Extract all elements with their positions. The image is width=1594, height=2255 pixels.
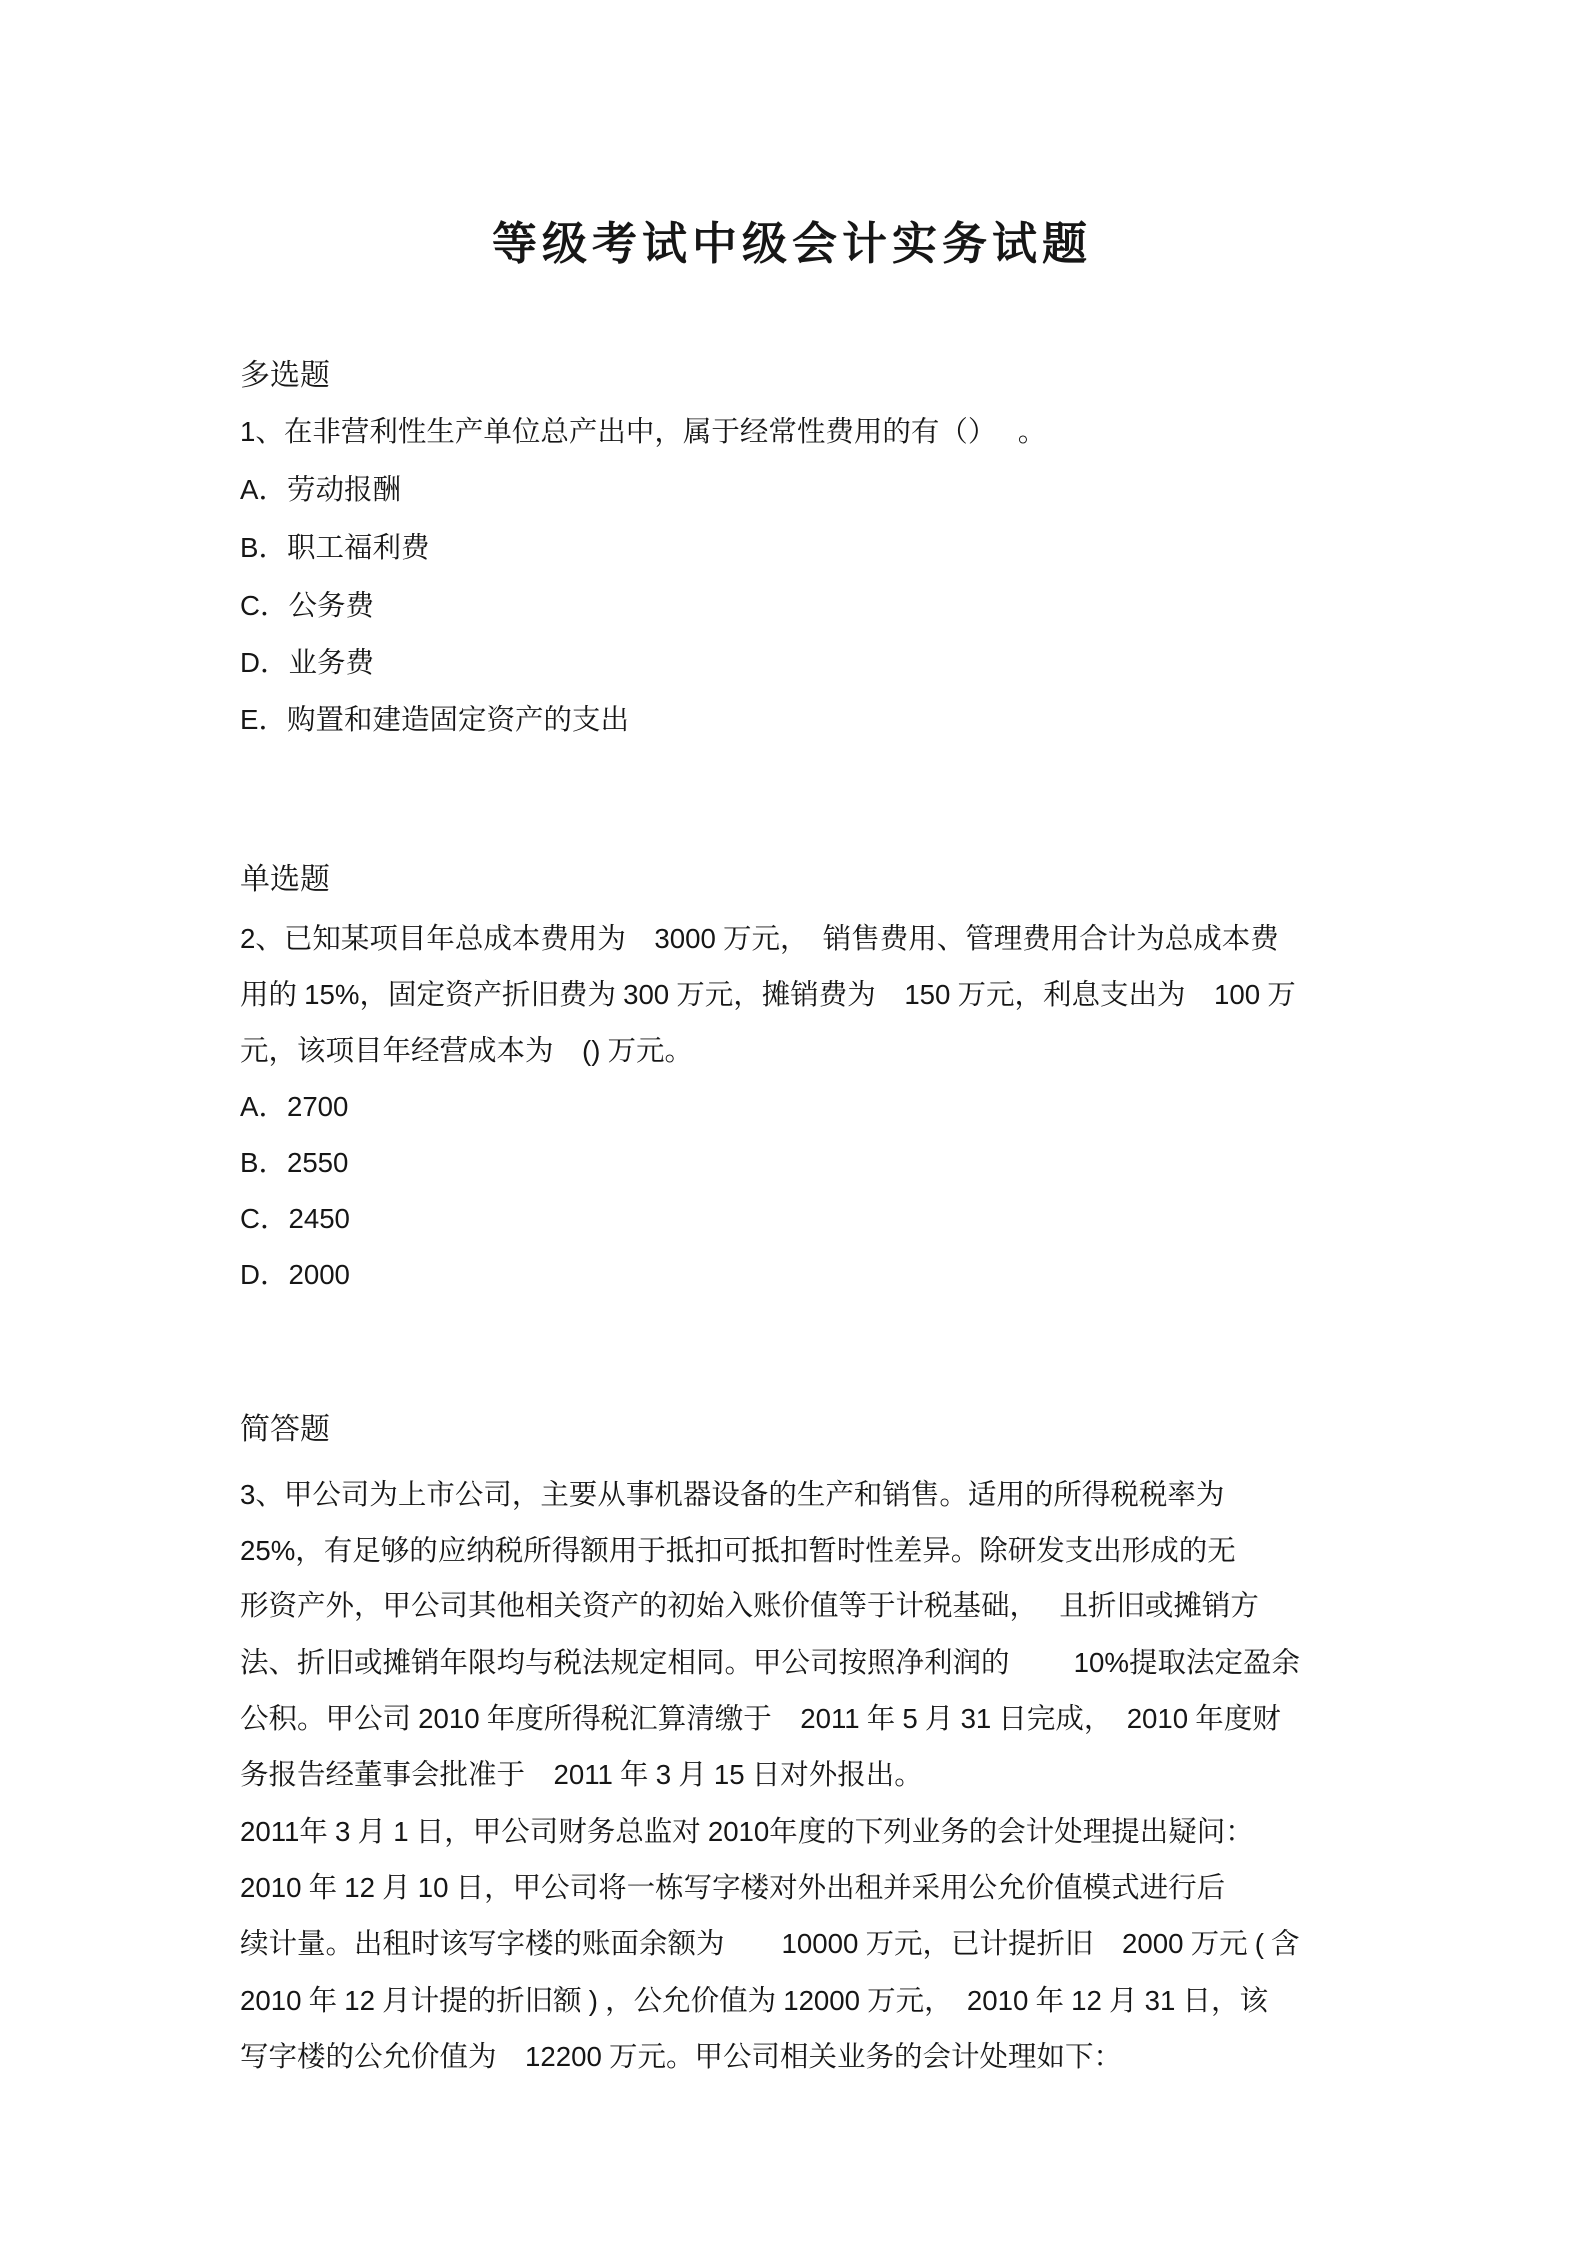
option-line: D．业务费 [240, 635, 1350, 692]
question-line: 1、在非营利性生产单位总产出中，属于经常性费用的有（） 。 [240, 404, 1350, 461]
question-line: 形资产外，甲公司其他相关资产的初始入账价值等于计税基础， 且折旧或摊销方 [240, 1579, 1350, 1635]
question-line: 务报告经董事会批准于 2011 年 3 月 15 日对外报出。 [240, 1747, 1350, 1804]
option-line: A．劳动报酬 [240, 462, 1350, 519]
document-title: 等级考试中级会计实务试题 [240, 214, 1344, 274]
section-header: 多选题 [240, 348, 1350, 404]
question-line: 公积。甲公司 2010 年度所得税汇算清缴于 2011 年 5 月 31 日完成… [240, 1691, 1350, 1748]
question-line: 写字楼的公允价值为 12200 万元。甲公司相关业务的会计处理如下： [240, 2029, 1350, 2086]
option-line: C．2450 [240, 1191, 1350, 1248]
question-line: 用的 15%，固定资产折旧费为 300 万元，摊销费为 150 万元，利息支出为… [240, 967, 1350, 1024]
option-line: C．公务费 [240, 578, 1350, 635]
question-line: 法、折旧或摊销年限均与税法规定相同。甲公司按照净利润的 10%提取法定盈余 [240, 1635, 1350, 1692]
option-line: B．职工福利费 [240, 520, 1350, 577]
question-line: 元，该项目年经营成本为 () 万元。 [240, 1023, 1350, 1080]
question-line: 2010 年 12 月计提的折旧额 ) ，公允价值为 12000 万元， 201… [240, 1973, 1350, 2030]
question-line: 2010 年 12 月 10 日，甲公司将一栋写字楼对外出租并采用公允价值模式进… [240, 1860, 1350, 1917]
question-line: 2011年 3 月 1 日，甲公司财务总监对 2010年度的下列业务的会计处理提… [240, 1804, 1350, 1861]
document-page: 等级考试中级会计实务试题 多选题1、在非营利性生产单位总产出中，属于经常性费用的… [0, 0, 1594, 2255]
section-header: 简答题 [240, 1402, 1350, 1458]
option-line: B．2550 [240, 1135, 1350, 1192]
question-line: 25%，有足够的应纳税所得额用于抵扣可抵扣暂时性差异。除研发支出形成的无 [240, 1523, 1350, 1580]
section-header: 单选题 [240, 852, 1350, 908]
option-line: A．2700 [240, 1079, 1350, 1136]
option-line: D．2000 [240, 1247, 1350, 1304]
question-line: 续计量。出租时该写字楼的账面余额为 10000 万元，已计提折旧 2000 万元… [240, 1916, 1350, 1973]
question-line: 2、已知某项目年总成本费用为 3000 万元， 销售费用、管理费用合计为总成本费 [240, 911, 1350, 968]
option-line: E．购置和建造固定资产的支出 [240, 692, 1350, 749]
question-line: 3、甲公司为上市公司，主要从事机器设备的生产和销售。适用的所得税税率为 [240, 1467, 1350, 1524]
